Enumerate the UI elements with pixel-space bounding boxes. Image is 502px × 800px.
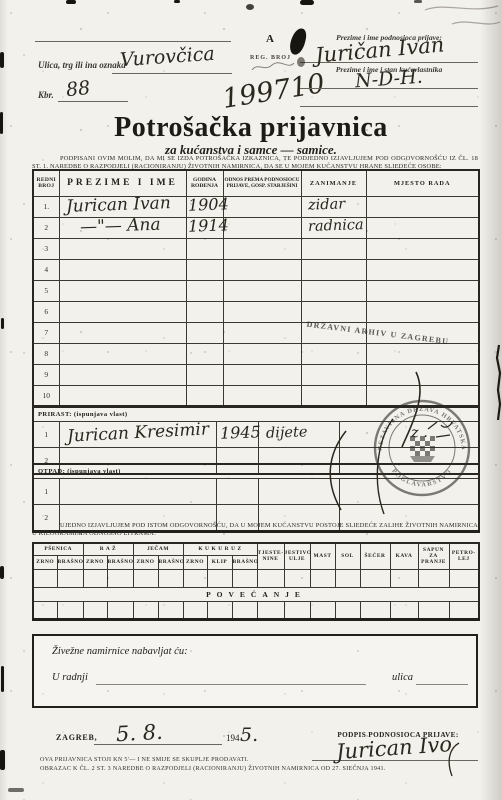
col-header-zanimanje: ZANIMANJE	[301, 170, 366, 196]
col-tjestenine: TJESTE- NINE	[257, 543, 284, 569]
member-row: 9	[33, 364, 479, 385]
scan-artifact	[0, 750, 5, 770]
sub-brasno: BRAŠNO	[107, 555, 133, 569]
scan-artifact	[66, 0, 76, 4]
supplies-empty-row	[33, 601, 479, 619]
col-header-redni-broj: REDNI BROJ	[33, 170, 59, 196]
sub-zrno: ZRNO	[33, 555, 57, 569]
shop-name-label: U radnji	[52, 672, 88, 683]
shop-declaration-box: Živežne namirnice nabavljat ću: U radnji…	[32, 634, 478, 708]
street-handwritten-value: Vurovčica	[119, 43, 215, 72]
sub-brasno: BRAŠNO	[232, 555, 257, 569]
scan-artifact	[300, 0, 314, 5]
member-row: 5	[33, 280, 479, 301]
sub-brasno: BRAŠNO	[57, 555, 83, 569]
shop-street-underline	[416, 684, 468, 685]
member-row: 8	[33, 343, 479, 364]
col-header-godina: GODINA ROĐENJA	[186, 170, 223, 196]
group-raz: R A Ž	[83, 543, 133, 555]
date-underline	[94, 744, 222, 745]
sub-zrno: ZRNO	[133, 555, 158, 569]
street-underline	[112, 73, 232, 74]
fineprint-line2: OBRAZAC K ČL. 2 ST. 3 NAREDBE O RAZPODJE…	[40, 766, 386, 772]
owner-second-underline	[300, 106, 478, 107]
reg-number-handwritten: 199710	[220, 68, 327, 115]
household-members-table: REDNI BROJ PREZIME I IME GODINA ROĐENJA …	[32, 169, 480, 407]
supplies-empty-row	[33, 569, 479, 587]
group-psenica: PŠENICA	[33, 543, 83, 555]
form-title: Potrošačka prijavnica	[0, 112, 502, 144]
sub-klip: KLIP	[207, 555, 232, 569]
header-top-rule	[35, 41, 231, 42]
street-label: Ulica, trg ili ina oznaka	[38, 60, 126, 70]
intro-paragraph: PODPISANI OVIM MOLIM, DA MI SE IZDA POTR…	[32, 155, 478, 170]
date-handwritten: 5. 8.	[115, 720, 163, 746]
scan-artifact	[1, 666, 4, 692]
kbr-underline	[58, 101, 128, 102]
ink-blot	[288, 27, 308, 57]
svg-text:POGLAVARSTVO: POGLAVARSTVO	[390, 468, 454, 489]
povecanje-row: POVEĆANJE	[33, 587, 479, 601]
scan-artifact	[1, 318, 4, 329]
scan-artifact	[0, 52, 4, 68]
scan-artifact	[414, 0, 422, 3]
scanned-form-page: Ulica, trg ili ina oznaka Vurovčica Kbr.…	[0, 0, 502, 800]
kbr-handwritten-value: 88	[65, 77, 91, 101]
declaration-paragraph: UJEDNO IZJAVLJUJEM POD ISTOM ODGOVORNOŠĆ…	[32, 522, 478, 537]
col-header-prezime-ime: PREZIME I IME	[59, 170, 186, 196]
group-kukuruz: K U K U R U Z	[183, 543, 257, 555]
member-row: 6	[33, 301, 479, 322]
col-sapun: SAPUN ZA PRANJE	[418, 543, 449, 569]
scan-artifact	[246, 4, 254, 10]
col-kava: KAVA	[390, 543, 418, 569]
scan-artifact	[174, 0, 180, 3]
stamp-bottom-text: POGLAVARSTVO	[390, 468, 454, 489]
group-jecam: JEČAM	[133, 543, 183, 555]
member-row: 2 —"— Ana 1914 radnica	[33, 217, 479, 238]
city-label: ZAGREB,	[56, 733, 97, 742]
col-header-mjesto-rada: MJESTO RADA	[366, 170, 479, 196]
scan-artifact	[0, 566, 4, 579]
owner-handwritten-value: N-D-H.	[354, 66, 423, 93]
kbr-label: Kbr.	[38, 90, 54, 100]
member-row: 3	[33, 238, 479, 259]
scan-artifact	[0, 112, 3, 134]
col-secer: ŠEĆER	[360, 543, 390, 569]
ink-blot-small	[297, 57, 305, 67]
scan-artifact	[8, 788, 24, 792]
member-row: 4	[33, 259, 479, 280]
official-round-stamp: NEZAVISNA DRŽAVA HRVATSKA POGLAVARSTVO	[372, 398, 472, 498]
fineprint-line1: OVA PRIJAVNICA STOJI KN 5'— I NE SMIJE S…	[40, 757, 249, 763]
sub-zrno: ZRNO	[83, 555, 107, 569]
member-row: 1. Jurican Ivan 1904 zidar	[33, 196, 479, 217]
col-header-odnos: ODNOS PREMA PODNOSIOCU PRIJAVE, GOSP. ST…	[223, 170, 301, 196]
sub-brasno: BRAŠNO	[158, 555, 183, 569]
supplies-table: PŠENICA R A Ž JEČAM K U K U R U Z TJESTE…	[32, 542, 480, 621]
reg-broj-scribble	[248, 58, 298, 74]
povecanje-label: POVEĆANJE	[33, 587, 479, 601]
year-printed: 194	[226, 733, 240, 743]
col-jestivo-ulje: JESTIVO ULJE	[284, 543, 310, 569]
stamp-coat-of-arms	[410, 436, 435, 462]
col-mast: MAST	[310, 543, 335, 569]
shop-box-heading: Živežne namirnice nabavljat ću:	[52, 646, 188, 657]
shop-street-label: ulica	[392, 672, 413, 683]
year-handwritten: 5.	[240, 724, 258, 746]
section-letter: A	[266, 33, 274, 45]
sub-zrno: ZRNO	[183, 555, 207, 569]
col-petrolej: PETRO- LEJ	[449, 543, 479, 569]
col-sol: SOL	[335, 543, 360, 569]
shop-name-underline	[96, 684, 366, 685]
